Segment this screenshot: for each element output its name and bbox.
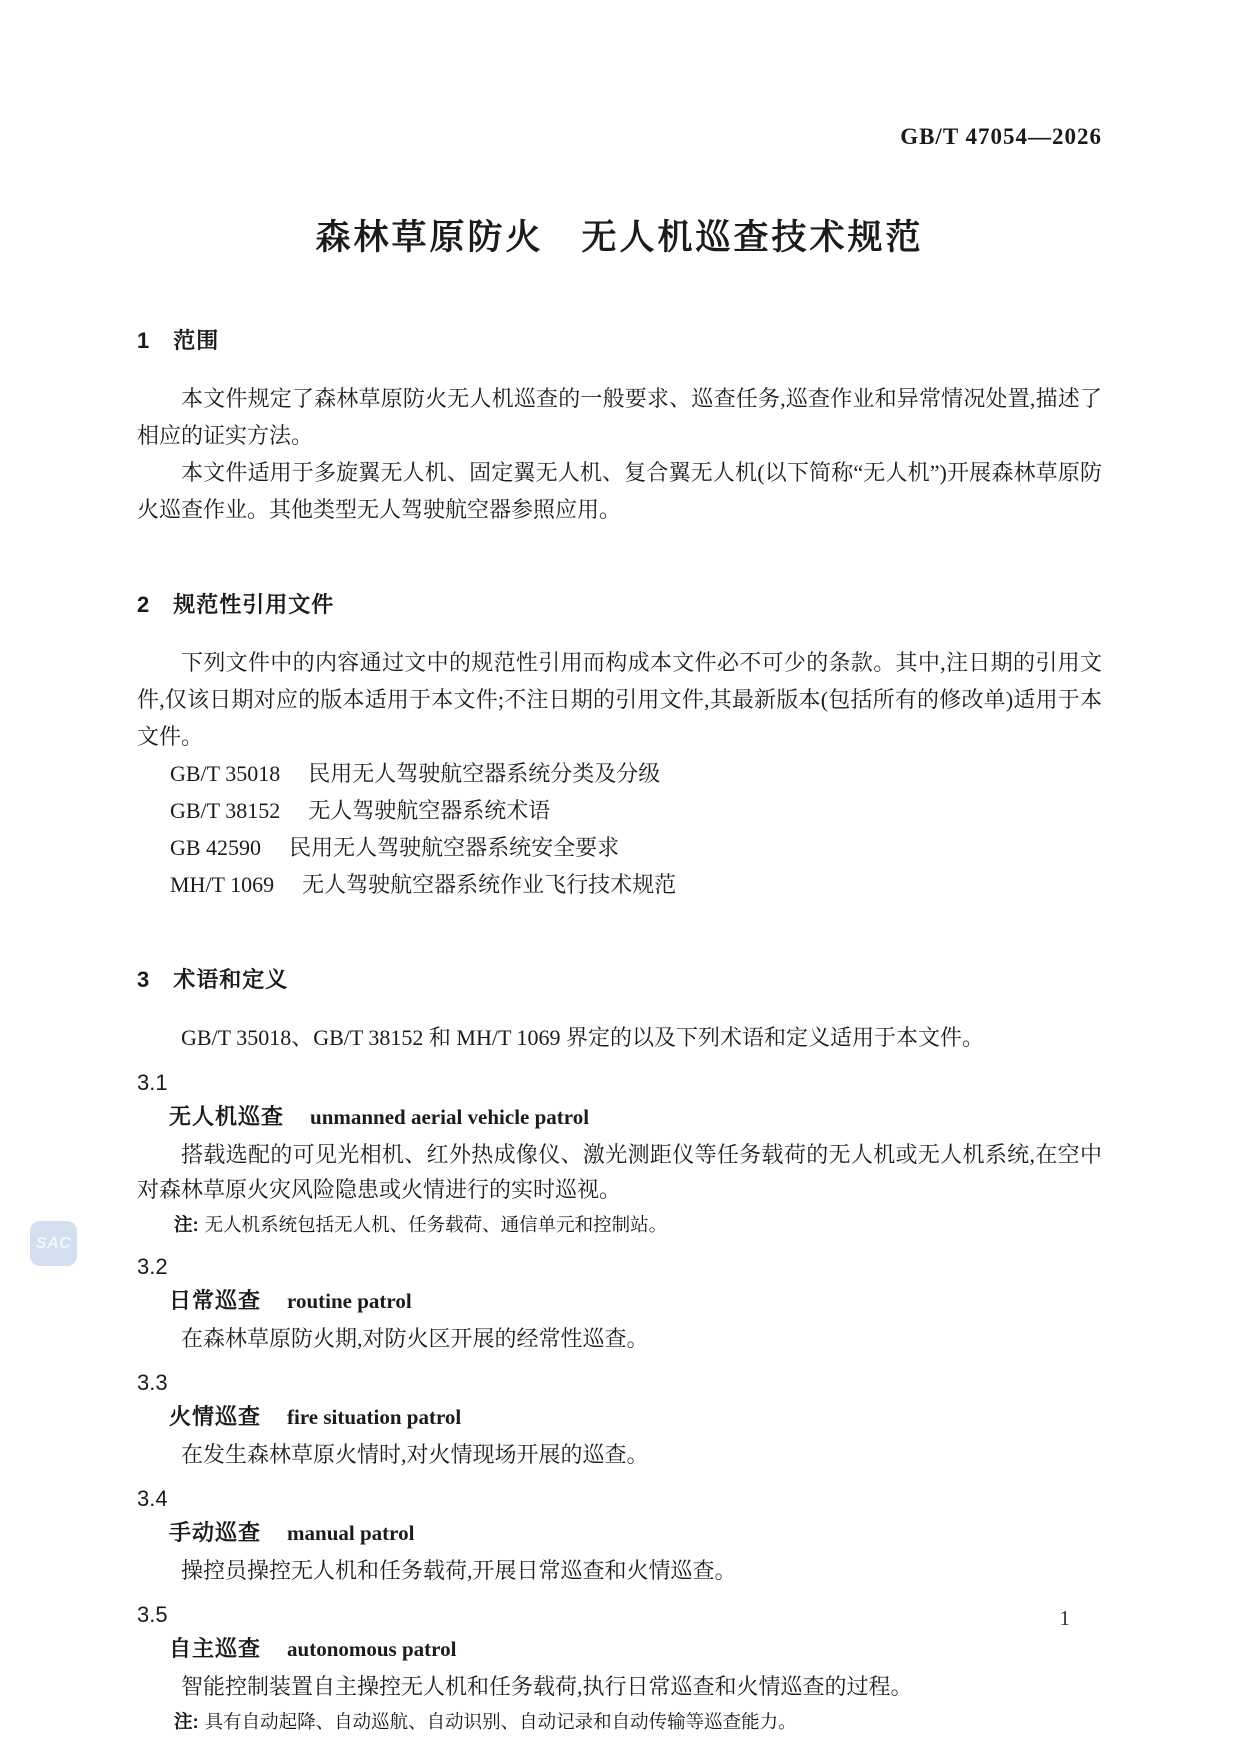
- clause-1-paragraph-1: 本文件规定了森林草原防火无人机巡查的一般要求、巡查任务,巡查作业和异常情况处置,…: [137, 380, 1102, 454]
- reference-item: GB 42590民用无人驾驶航空器系统安全要求: [170, 829, 1102, 866]
- term-note: 注:无人机系统包括无人机、任务载荷、通信单元和控制站。: [174, 1210, 1102, 1240]
- term-chinese: 火情巡查: [169, 1404, 261, 1429]
- clause-1-paragraph-2: 本文件适用于多旋翼无人机、固定翼无人机、复合翼无人机(以下简称“无人机”)开展森…: [137, 454, 1102, 528]
- term-number: 3.1: [137, 1066, 1102, 1100]
- term-definition: 在发生森林草原火情时,对火情现场开展的巡查。: [137, 1437, 1102, 1472]
- reference-item: GB/T 35018民用无人驾驶航空器系统分类及分级: [170, 755, 1102, 792]
- term-line: 手动巡查manual patrol: [169, 1516, 1102, 1553]
- term-item-3-5: 3.5 自主巡查autonomous patrol 智能控制装置自主操控无人机和…: [137, 1598, 1102, 1737]
- page-number: 1: [1060, 1606, 1071, 1631]
- term-number: 3.4: [137, 1482, 1102, 1516]
- clause-2-intro: 下列文件中的内容通过文中的规范性引用而构成本文件必不可少的条款。其中,注日期的引…: [137, 644, 1102, 755]
- reference-title: 无人驾驶航空器系统术语: [308, 792, 550, 829]
- term-definition: 操控员操控无人机和任务载荷,开展日常巡查和火情巡查。: [137, 1553, 1102, 1588]
- term-definition: 搭载选配的可见光相机、红外热成像仪、激光测距仪等任务载荷的无人机或无人机系统,在…: [137, 1137, 1102, 1207]
- clause-3-heading: 3 术语和定义: [137, 965, 1102, 995]
- reference-title: 无人驾驶航空器系统作业飞行技术规范: [302, 866, 676, 903]
- term-chinese: 手动巡查: [169, 1520, 261, 1545]
- term-number: 3.2: [137, 1250, 1102, 1284]
- note-text: 无人机系统包括无人机、任务载荷、通信单元和控制站。: [205, 1214, 668, 1235]
- reference-title: 民用无人驾驶航空器系统安全要求: [289, 829, 619, 866]
- term-english: autonomous patrol: [287, 1632, 456, 1666]
- note-text: 具有自动起降、自动巡航、自动识别、自动记录和自动传输等巡查能力。: [205, 1711, 797, 1732]
- term-english: routine patrol: [287, 1284, 412, 1318]
- reference-code: GB/T 35018: [170, 761, 280, 786]
- reference-title: 民用无人驾驶航空器系统分类及分级: [308, 755, 660, 792]
- clause-2-heading: 2 规范性引用文件: [137, 590, 1102, 620]
- standard-number: GB/T 47054—2026: [137, 0, 1102, 150]
- term-note: 注:具有自动起降、自动巡航、自动识别、自动记录和自动传输等巡查能力。: [174, 1707, 1102, 1737]
- term-line: 自主巡查autonomous patrol: [169, 1632, 1102, 1669]
- reference-item: MH/T 1069无人驾驶航空器系统作业飞行技术规范: [170, 866, 1102, 903]
- term-item-3-3: 3.3 火情巡查fire situation patrol 在发生森林草原火情时…: [137, 1366, 1102, 1472]
- term-line: 无人机巡查unmanned aerial vehicle patrol: [169, 1100, 1102, 1137]
- term-chinese: 无人机巡查: [169, 1104, 284, 1129]
- document-title: 森林草原防火 无人机巡查技术规范: [137, 210, 1102, 260]
- term-english: fire situation patrol: [287, 1400, 461, 1434]
- reference-code: GB/T 38152: [170, 798, 280, 823]
- page-content: GB/T 47054—2026 森林草原防火 无人机巡查技术规范 1 范围 本文…: [137, 0, 1102, 1740]
- clause-1-heading: 1 范围: [137, 326, 1102, 356]
- normative-reference-list: GB/T 35018民用无人驾驶航空器系统分类及分级 GB/T 38152无人驾…: [137, 755, 1102, 903]
- sac-watermark-label: SAC: [36, 1235, 71, 1253]
- term-chinese: 自主巡查: [169, 1636, 261, 1661]
- term-number: 3.5: [137, 1598, 1102, 1632]
- note-label: 注:: [174, 1214, 199, 1235]
- clause-3-intro: GB/T 35018、GB/T 38152 和 MH/T 1069 界定的以及下…: [137, 1019, 1102, 1056]
- term-item-3-1: 3.1 无人机巡查unmanned aerial vehicle patrol …: [137, 1066, 1102, 1240]
- reference-code: GB 42590: [170, 835, 261, 860]
- term-chinese: 日常巡查: [169, 1288, 261, 1313]
- note-label: 注:: [174, 1711, 199, 1732]
- term-line: 日常巡查routine patrol: [169, 1284, 1102, 1321]
- term-definition: 在森林草原防火期,对防火区开展的经常性巡查。: [137, 1321, 1102, 1356]
- term-item-3-2: 3.2 日常巡查routine patrol 在森林草原防火期,对防火区开展的经…: [137, 1250, 1102, 1356]
- reference-code: MH/T 1069: [170, 872, 274, 897]
- standard-document-page: SAC GB/T 47054—2026 森林草原防火 无人机巡查技术规范 1 范…: [0, 0, 1240, 1754]
- term-line: 火情巡查fire situation patrol: [169, 1400, 1102, 1437]
- term-english: unmanned aerial vehicle patrol: [310, 1100, 589, 1134]
- term-number: 3.3: [137, 1366, 1102, 1400]
- sac-watermark-badge: SAC: [30, 1221, 77, 1266]
- term-item-3-4: 3.4 手动巡查manual patrol 操控员操控无人机和任务载荷,开展日常…: [137, 1482, 1102, 1588]
- reference-item: GB/T 38152无人驾驶航空器系统术语: [170, 792, 1102, 829]
- term-definition: 智能控制装置自主操控无人机和任务载荷,执行日常巡查和火情巡查的过程。: [137, 1669, 1102, 1704]
- term-english: manual patrol: [287, 1516, 414, 1550]
